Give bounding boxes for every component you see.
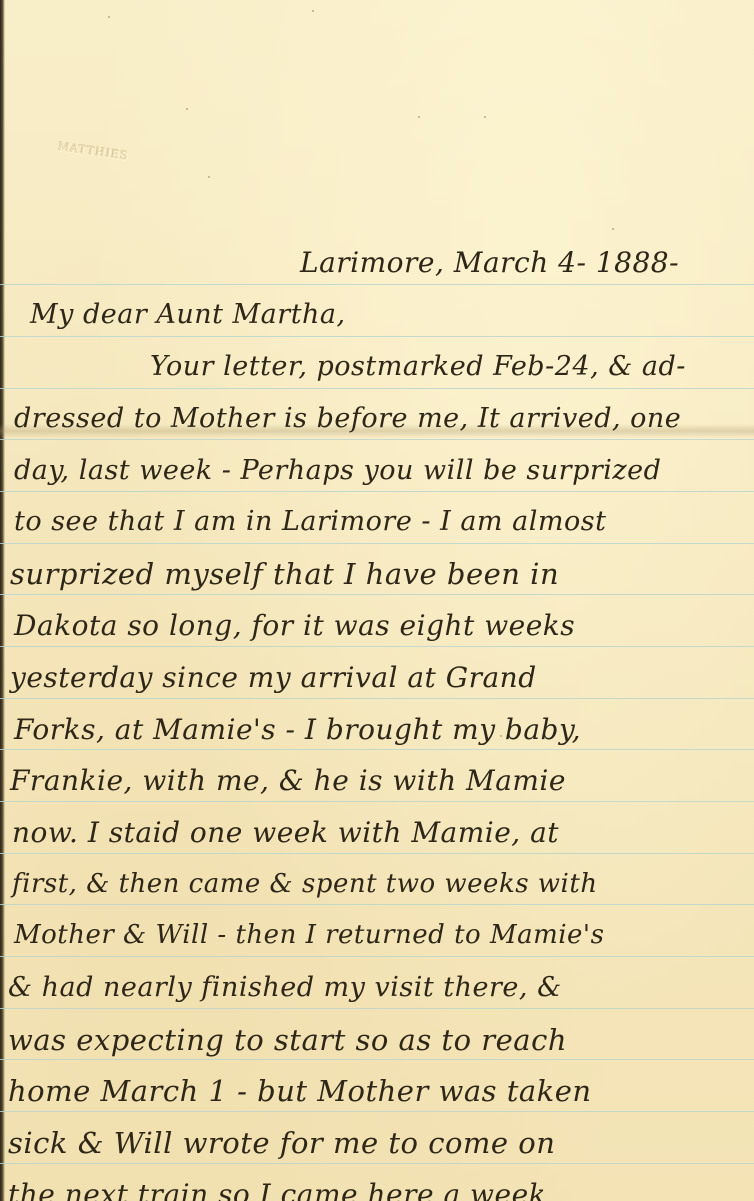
ruled-line (0, 439, 754, 440)
paper-speck (418, 116, 420, 118)
letter-body-line: Mother & Will - then I returned to Mamie… (14, 922, 604, 948)
paper-speck (186, 108, 188, 110)
letter-body-line: dressed to Mother is before me, It arriv… (14, 405, 681, 432)
letter-heading-place-date: Larimore, March 4- 1888- (300, 249, 679, 277)
paper-speck (208, 176, 210, 178)
letter-salutation: My dear Aunt Martha, (30, 301, 346, 328)
ruled-line (0, 956, 754, 957)
ruled-line (0, 388, 754, 389)
letter-body-line: Frankie, with me, & he is with Mamie (10, 767, 566, 795)
ruled-line (0, 284, 754, 285)
ruled-line (0, 594, 754, 595)
paper-speck (108, 16, 110, 18)
paper-speck (484, 116, 486, 118)
ruled-line (0, 336, 754, 337)
page-left-edge-shadow (0, 0, 5, 1201)
letter-body-line: Forks, at Mamie's - I brought my baby, (14, 716, 581, 744)
embossed-stationer-mark: MATTHIES (57, 140, 129, 163)
letter-body-line: sick & Will wrote for me to come on (8, 1129, 555, 1158)
letter-page: MATTHIES Larimore, March 4- 1888- My dea… (0, 0, 754, 1201)
letter-body-line: yesterday since my arrival at Grand (10, 664, 537, 692)
ruled-line (0, 1163, 754, 1164)
letter-body-line: now. I staid one week with Mamie, at (12, 819, 559, 847)
letter-body-line: day, last week - Perhaps you will be sur… (14, 457, 661, 484)
letter-body-line: was expecting to start so as to reach (8, 1026, 567, 1055)
letter-body-line: first, & then came & spent two weeks wit… (12, 871, 598, 897)
ruled-line (0, 646, 754, 647)
letter-body-line: Dakota so long, for it was eight weeks (14, 612, 575, 640)
ruled-line (0, 491, 754, 492)
letter-body-line: surprized myself that I have been in (10, 560, 559, 589)
letter-body-line: & had nearly finished my visit there, & (8, 974, 562, 1001)
paper-speck (312, 10, 314, 12)
ruled-line (0, 1111, 754, 1112)
ruled-line (0, 1059, 754, 1060)
letter-body-line: the next train so I came here a week (8, 1181, 546, 1201)
letter-body-line: Your letter, postmarked Feb-24, & ad- (150, 353, 686, 380)
ruled-line (0, 749, 754, 750)
ruled-line (0, 853, 754, 854)
paper-speck (612, 228, 614, 230)
ruled-line (0, 801, 754, 802)
ruled-line (0, 904, 754, 905)
ruled-line (0, 698, 754, 699)
letter-body-line: home March 1 - but Mother was taken (8, 1077, 592, 1106)
letter-body-line: to see that I am in Larimore - I am almo… (14, 508, 606, 535)
ruled-line (0, 1008, 754, 1009)
ruled-line (0, 543, 754, 544)
